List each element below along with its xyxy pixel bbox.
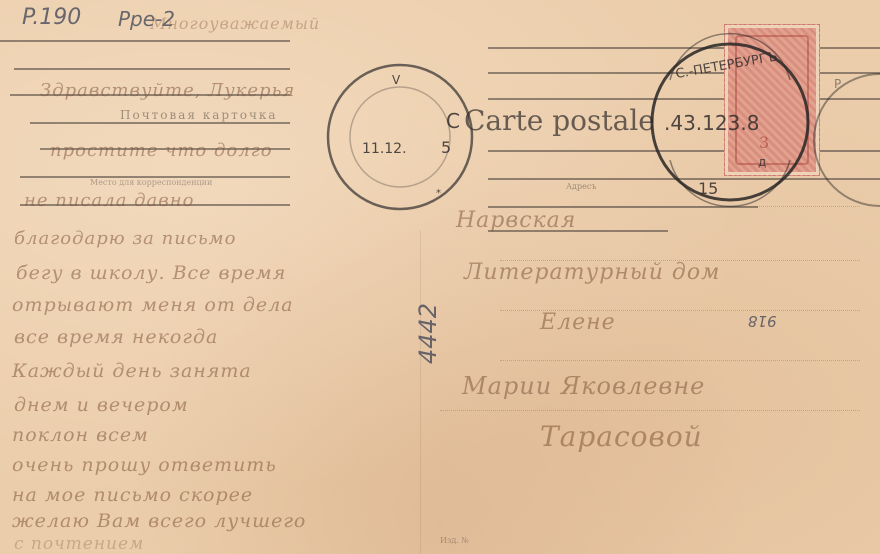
pencil-address-number: 918 <box>748 312 777 330</box>
hand-line: благодарю за письмо <box>14 228 236 249</box>
hand-line: Многоуважаемый <box>150 14 320 33</box>
pencil-note-ref: P.190 <box>22 5 81 30</box>
hand-line: очень прошу ответить <box>12 454 277 476</box>
hand-line: поклон всем <box>12 424 149 446</box>
svg-text:*: * <box>436 188 441 199</box>
svg-text:д: д <box>758 155 766 169</box>
hand-line: Каждый день занята <box>12 360 252 382</box>
hand-line: на мое письмо скорее <box>12 484 253 506</box>
hand-line: не писала давно <box>24 190 194 211</box>
hand-line: желаю Вам всего лучшего <box>12 510 306 532</box>
address-line-name-1: Елене <box>540 310 616 335</box>
postmark-partial-icon: Р <box>814 74 880 206</box>
hand-line: все время некогда <box>14 326 218 348</box>
postmark-right-icon: С.-ПЕТЕРБУРГЪ .43.123.8 д 15 <box>652 34 808 207</box>
svg-text:15: 15 <box>698 179 718 198</box>
hand-line: Здравствуйте, Лукерья <box>40 80 295 101</box>
hand-line: отрывают меня от дела <box>12 294 294 316</box>
postcard-back: Почтовая карточка Carte postale Место дл… <box>0 0 880 554</box>
svg-text:5: 5 <box>441 138 451 157</box>
svg-text:11.12.: 11.12. <box>362 141 407 157</box>
svg-text:V: V <box>392 73 401 87</box>
pencil-vertical-number: 4442 <box>414 303 442 364</box>
svg-text:Р: Р <box>834 77 841 91</box>
postmark-left-icon: 11.12. 5 V * С <box>328 65 472 209</box>
svg-text:С: С <box>446 109 460 133</box>
address-line-city: Нарвская <box>456 208 576 233</box>
hand-line: простите что долго <box>50 140 273 161</box>
address-line-surname: Тарасовой <box>540 420 703 453</box>
address-line-name-2: Марии Яковлевне <box>462 372 705 400</box>
hand-line: днем и вечером <box>14 394 189 416</box>
hand-line: бегу в школу. Все время <box>16 262 286 284</box>
svg-text:.43.123.8: .43.123.8 <box>664 111 759 135</box>
hand-line: с почтением <box>14 534 144 554</box>
address-line-street: Литературный дом <box>464 260 720 285</box>
